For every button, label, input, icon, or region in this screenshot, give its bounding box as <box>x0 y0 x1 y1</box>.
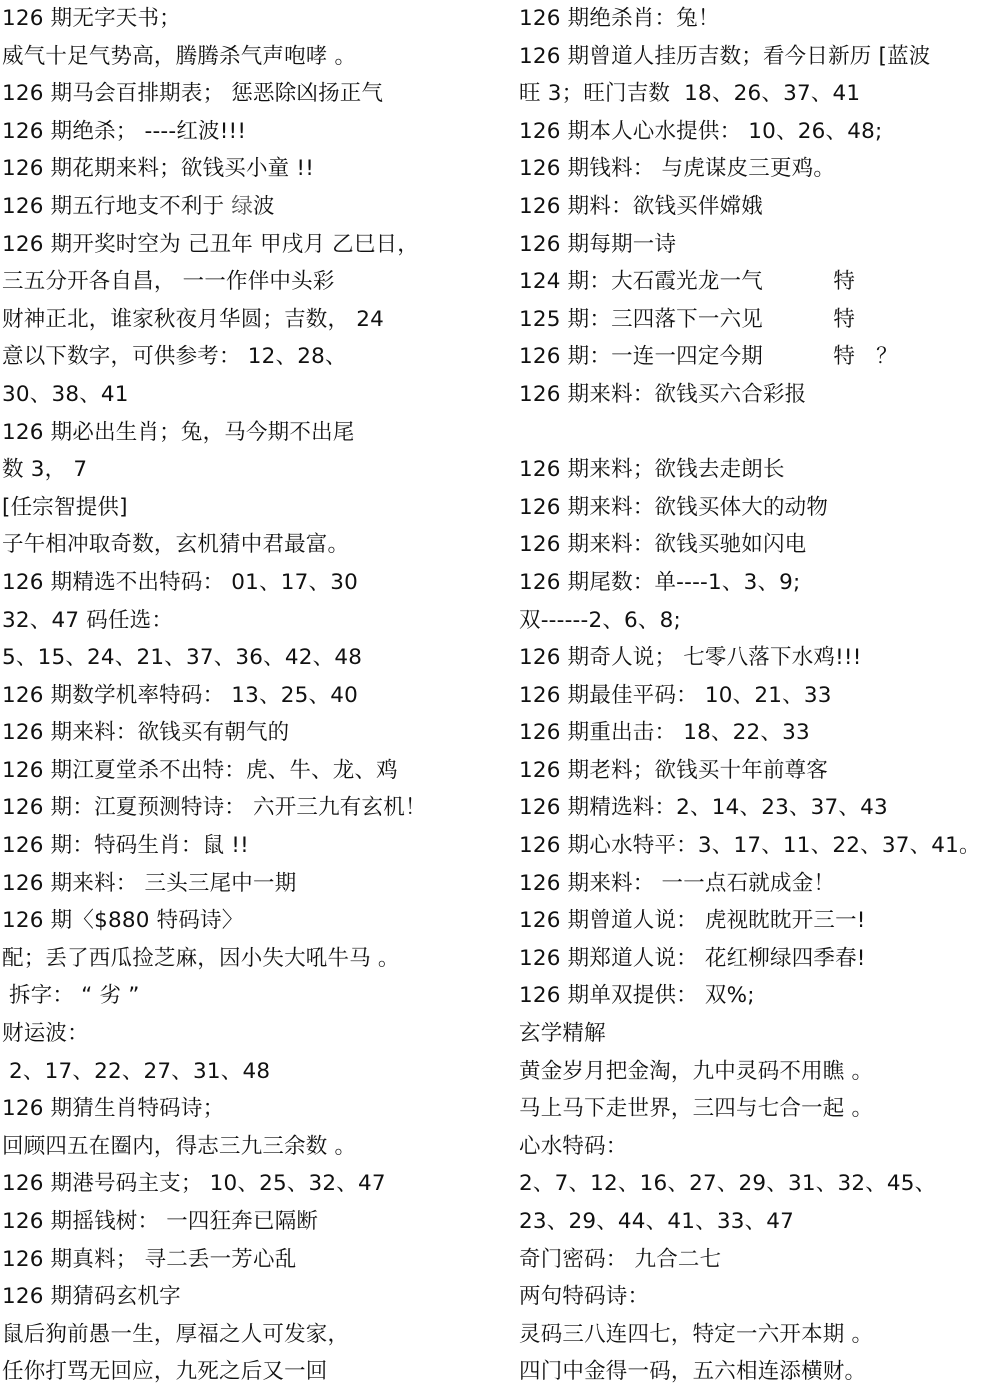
text-line: 126 期无字天书； <box>2 0 502 38</box>
text-line <box>519 414 992 452</box>
text-line: 126 期最佳平码： 10、21、33 <box>519 677 992 715</box>
text-line: 两句特码诗： <box>519 1278 992 1316</box>
text-line: [任宗智提供] <box>2 489 502 527</box>
text-line: 配；丢了西瓜捡芝麻，因小失大吼牛马 。 <box>2 940 502 978</box>
left-column: 126 期无字天书；威气十足气势高，腾腾杀气声咆哮 。126 期马会百排期表； … <box>2 0 502 1388</box>
text-line: 126 期每期一诗 <box>519 226 992 264</box>
text-line: 126 期五行地支不利于 绿波 <box>2 188 502 226</box>
text-line: 126 期花期来料；欲钱买小童 !! <box>2 150 502 188</box>
text-line: 心水特码： <box>519 1128 992 1166</box>
text-line: 126 期心水特平：3、17、11、22、37、41。 <box>519 827 992 865</box>
text-line: 奇门密码： 九合二七 <box>519 1241 992 1279</box>
text-line: 马上马下走世界，三四与七合一起 。 <box>519 1090 992 1128</box>
text-line: 126 期曾道人说： 虎视眈眈开三一! <box>519 902 992 940</box>
text-line: 126 期本人心水提供： 10、26、48; <box>519 113 992 151</box>
text-line: 126 期曾道人挂历吉数；看今日新历 [蓝波 <box>519 38 992 76</box>
text-line: 126 期奇人说； 七零八落下水鸡!!! <box>519 639 992 677</box>
text-line: 126 期港号码主支； 10、25、32、47 <box>2 1165 502 1203</box>
text-line: 回顾四五在圈内，得志三九三余数 。 <box>2 1128 502 1166</box>
text-line: 126 期猜码玄机字 <box>2 1278 502 1316</box>
text-line: 126 期真料； 寻二丢一芳心乱 <box>2 1241 502 1279</box>
text-line: 5、15、24、21、37、36、42、48 <box>2 639 502 677</box>
text-line: 126 期〈$880 特码诗〉 <box>2 902 502 940</box>
text-line: 双------2、6、8; <box>519 602 992 640</box>
text-line: 126 期猜生肖特码诗； <box>2 1090 502 1128</box>
text-line: 子午相冲取奇数，玄机猜中君最富。 <box>2 526 502 564</box>
text-line: 四门中金得一码，五六相连添横财。 <box>519 1353 992 1388</box>
text-line: 126 期来料：欲钱买体大的动物 <box>519 489 992 527</box>
text-line: 财神正北，谁家秋夜月华圆；吉数， 24 <box>2 301 502 339</box>
text-segment: 波 <box>253 194 275 219</box>
text-line: 鼠后狗前愚一生，厚福之人可发家， <box>2 1316 502 1354</box>
text-line: 125 期：三四落下一六见 特 <box>519 301 992 339</box>
text-line: 财运波： <box>2 1015 502 1053</box>
text-line: 126 期单双提供： 双%; <box>519 977 992 1015</box>
text-line: 126 期：一连一四定今期 特 ？ <box>519 338 992 376</box>
text-line: 126 期绝杀肖：兔！ <box>519 0 992 38</box>
text-line: 126 期：江夏预测特诗： 六开三九有玄机！ <box>2 789 502 827</box>
text-line: 126 期钱料： 与虎谋皮三更鸡。 <box>519 150 992 188</box>
text-line: 黄金岁月把金淘，九中灵码不用瞧 。 <box>519 1053 992 1091</box>
text-line: 126 期精选不出特码： 01、17、30 <box>2 564 502 602</box>
text-line: 126 期精选料：2、14、23、37、43 <box>519 789 992 827</box>
text-line: 拆字： “ 劣 ” <box>2 977 502 1015</box>
text-line: 意以下数字，可供参考： 12、28、 <box>2 338 502 376</box>
text-line: 126 期重出击： 18、22、33 <box>519 714 992 752</box>
text-line: 126 期马会百排期表； 惩恶除凶扬正气 <box>2 75 502 113</box>
text-line: 2、17、22、27、31、48 <box>2 1053 502 1091</box>
text-line: 126 期江夏堂杀不出特：虎、牛、龙、鸡 <box>2 752 502 790</box>
text-line: 126 期尾数：单----1、3、9; <box>519 564 992 602</box>
text-line: 124 期：大石霞光龙一气 特 <box>519 263 992 301</box>
text-line: 30、38、41 <box>2 376 502 414</box>
text-line: 126 期郑道人说： 花红柳绿四季春! <box>519 940 992 978</box>
text-segment: 126 期五行地支不利于 <box>2 194 231 219</box>
text-line: 三五分开各自昌， 一一作伴中头彩 <box>2 263 502 301</box>
text-line: 126 期来料： 一一点石就成金！ <box>519 865 992 903</box>
text-line: 126 期来料：欲钱买有朝气的 <box>2 714 502 752</box>
text-line: 126 期：特码生肖：鼠 !! <box>2 827 502 865</box>
text-line: 灵码三八连四七，特定一六开本期 。 <box>519 1316 992 1354</box>
text-line: 126 期必出生肖；兔，马今期不出尾 <box>2 414 502 452</box>
text-line: 威气十足气势高，腾腾杀气声咆哮 。 <box>2 38 502 76</box>
text-line: 23、29、44、41、33、47 <box>519 1203 992 1241</box>
text-line: 玄学精解 <box>519 1015 992 1053</box>
text-line: 126 期来料：欲钱买六合彩报 <box>519 376 992 414</box>
right-column: 126 期绝杀肖：兔！126 期曾道人挂历吉数；看今日新历 [蓝波旺 3；旺门吉… <box>519 0 992 1388</box>
text-line: 数 3， 7 <box>2 451 502 489</box>
text-line: 126 期数学机率特码： 13、25、40 <box>2 677 502 715</box>
text-line: 126 期来料：欲钱买驰如闪电 <box>519 526 992 564</box>
text-line: 126 期绝杀； ----红波!!! <box>2 113 502 151</box>
text-line: 126 期摇钱树： 一四狂奔已隔断 <box>2 1203 502 1241</box>
text-line: 126 期料：欲钱买伴嫦娥 <box>519 188 992 226</box>
text-line: 任你打骂无回应，九死之后又一回 <box>2 1353 502 1388</box>
text-line: 126 期开奖时空为 己丑年 甲戌月 乙巳日， <box>2 226 502 264</box>
highlighted-character: 绿 <box>231 194 253 219</box>
text-line: 32、47 码任选： <box>2 602 502 640</box>
text-line: 126 期来料： 三头三尾中一期 <box>2 865 502 903</box>
text-line: 2、7、12、16、27、29、31、32、45、 <box>519 1165 992 1203</box>
text-line: 126 期来料；欲钱去走朗长 <box>519 451 992 489</box>
text-line: 126 期老料；欲钱买十年前尊客 <box>519 752 992 790</box>
text-line: 旺 3；旺门吉数 18、26、37、41 <box>519 75 992 113</box>
